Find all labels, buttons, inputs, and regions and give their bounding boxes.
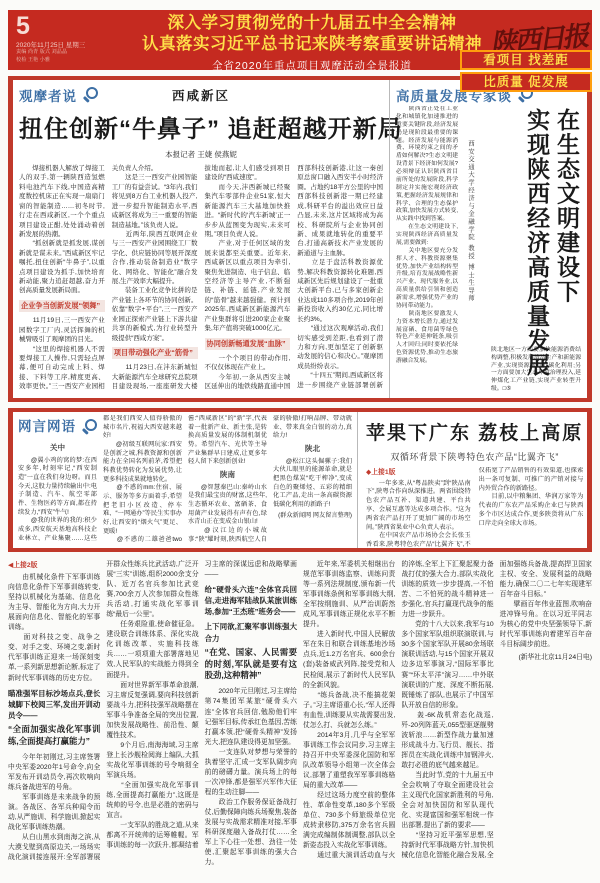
edition-info: 5 2020年11月25日 星期三 责编 尚青 版式 刘晶晶 校检 王艳 小雅 — [8, 10, 136, 70]
slogan-box-1: 看项目 找差距 — [460, 50, 592, 70]
article-subhead-1: 企业争当创新发展“领舞” — [19, 300, 105, 312]
top-section-box: 观摩者说 西咸新区 扭住创新“牛鼻子” 追赶超越开新局 本报记者 王婕 侯燕妮 … — [8, 76, 592, 402]
banner-line-2: 认真落实习近平总书记来陕考察重要讲话精神 — [136, 34, 488, 55]
banner-subtitle: 全省2020年重点项目观摩活动全景报道 — [136, 58, 488, 73]
expert-tail-text: 陕北地区一方面要加快能源消费结构调整,积极发展清洁生产和新能源产业,实现资源绿色… — [491, 347, 581, 394]
expert-vertical-headline: 在生态文明建设下 实现陕西经济高质量发展 — [521, 108, 581, 384]
banner-slogans: 深入学习贯彻党的十九届五中全会精神 认真落实习近平总书记来陕考察重要讲话精神 全… — [136, 10, 488, 70]
jump-from-page-2: ◀上接2版 — [8, 561, 100, 571]
region-header-guanzhong: 关中 — [18, 443, 97, 454]
expert-author-credit: 西安交通大学经济与金融学院 教授 博士生导师 — [466, 140, 475, 366]
net-comments: @松江这头倔骡子:我们大伙儿眼里的能源革命,就是把黑色煤炭“吃干榨净”,变成白色… — [273, 458, 352, 510]
expert-headline-line-1: 在生态文明建设下 — [551, 108, 581, 384]
military-continuation-article: ◀上接2版 由机械化条件下军事训练向信息化条件下军事训练转变,坚持以机械化为基础… — [8, 560, 592, 870]
military-subhead-2: 给“硬骨头六连”全体官兵回信,走进海军陆战队某旅训练场,参加“王杰班”班务会—— — [205, 584, 297, 617]
article-kicker: 西咸新区 — [19, 86, 383, 104]
observer-article: 观摩者说 西咸新区 扭住创新“牛鼻子” 追赶超越开新局 本报记者 王婕 侯燕妮 … — [13, 80, 389, 398]
expert-headline-area: 西安交通大学经济与金融学院 教授 博士生导师 在生态文明建设下 实现陕西经济高质… — [458, 106, 581, 394]
military-paragraphs: 由机械化条件下军事训练向信息化条件下军事训练转变,坚持以机械化为基础、信息化为主… — [8, 573, 100, 684]
fruit-paragraphs: 一年多来,从“粤品陕卖”到“陕品南下”,陕粤合作向纵深推进。两省围绕特色农产品互… — [366, 467, 583, 557]
magnifier-icon — [81, 419, 97, 435]
article-subhead-2: 项目带动强化产业“筋骨” — [112, 347, 198, 359]
expert-headline-line-2: 实现陕西经济高质量发展 — [521, 108, 551, 384]
page-number: 5 — [16, 13, 128, 39]
byline: 本报记者 王婕 侯燕妮 — [19, 149, 383, 160]
banner-line-1: 深入学习贯彻党的十九届五中全会精神 — [136, 13, 488, 34]
slogan-boxes: 看项目 找差距 比质量 促发展 — [460, 50, 592, 94]
net-voice-section: 网言网语 关中 @翼小鸡的窝的梦:在西安多年,时刻牢记,“西安制造”一直在我们身… — [13, 412, 357, 548]
net-voice-header: 网言网语 — [18, 415, 97, 439]
region-header-shanbei: 陕北 — [273, 444, 352, 455]
edition-credits-2: 校检 王艳 小雅 — [16, 57, 128, 65]
military-subhead-1: 瞄准强军目标沙场点兵,登长城脚下校阅三军,发出开训动员令—— — [8, 688, 100, 721]
military-subhead-3: 上下同欲,汇聚军事训练强大合力 — [205, 621, 297, 643]
jump-from-page-1: ◆上接1版 — [366, 468, 471, 478]
fruit-article-body: ◆上接1版 一年多来,从“粤品陕卖”到“陕品南下”,陕粤合作向纵深推进。两省围绕… — [366, 467, 583, 557]
fruit-article: 苹果下广东 荔枝上高原 双循环背景下陕粤特色农产品“比翼齐飞” ◆上接1版 一年… — [357, 412, 591, 548]
article-paragraphs: 焊接机器人解放了焊接工人的双手,第一辆陕西造氢燃料电池汽车下线,中国造高精度数控… — [19, 164, 105, 296]
slogan-box-2: 比质量 促发展 — [460, 72, 592, 92]
net-voice-body: 网言网语 关中 @翼小鸡的窝的梦:在西安多年,时刻牢记,“西安制造”一直在我们身… — [18, 415, 352, 547]
expert-content: 陕西省正处在工业化和城镇化加速推进的重要关键阶段,经济发展仍是现阶段最重要的课题… — [396, 106, 581, 394]
fruit-headline: 苹果下广东 荔枝上高原 — [366, 418, 583, 445]
net-voice-section-label: 网言网语 — [18, 418, 76, 437]
observer-article-body: 焊接机器人解放了焊接工人的双手,第一辆陕西造氢燃料电池汽车下线,中国造高精度数控… — [19, 164, 383, 394]
military-quote-1: “全面加强实战化军事训练,全面提高打赢能力” — [8, 724, 100, 748]
xinhua-credit: (新华社北京11月24日电) — [500, 653, 592, 663]
fruit-subtitle: 双循环背景下陕粤特色农产品“比翼齐飞” — [366, 450, 583, 463]
military-quote-2: “在党、国家、人民需要的时刻,军队就是要有这股劲,这种精神” — [205, 647, 297, 683]
region-header-shannan: 陕南 — [188, 470, 267, 481]
publication-date: 2020年11月25日 星期三 — [16, 40, 128, 49]
net-voice-credit: (群众新闻网 网友留言整理) — [273, 512, 352, 521]
middle-section-box: 网言网语 关中 @翼小鸡的窝的梦:在西安多年,时刻牢记,“西安制造”一直在我们身… — [8, 408, 592, 552]
observer-header: 观摩者说 西咸新区 — [19, 84, 383, 106]
expert-body-text: 陕西省正处在工业化和城镇化加速推进的重要关键阶段,经济发展仍是现阶段最重要的课题… — [396, 106, 458, 394]
expert-column: 高质量发展专家谈 陕西省正处在工业化和城镇化加速推进的重要关键阶段,经济发展仍是… — [389, 80, 587, 398]
edition-credits-1: 责编 尚青 版式 刘晶晶 — [16, 49, 128, 57]
article-subhead-3: 协同创新畅通发展“血脉” — [205, 338, 291, 350]
main-headline: 扭住创新“牛鼻子” 追赶超越开新局 — [19, 109, 383, 144]
